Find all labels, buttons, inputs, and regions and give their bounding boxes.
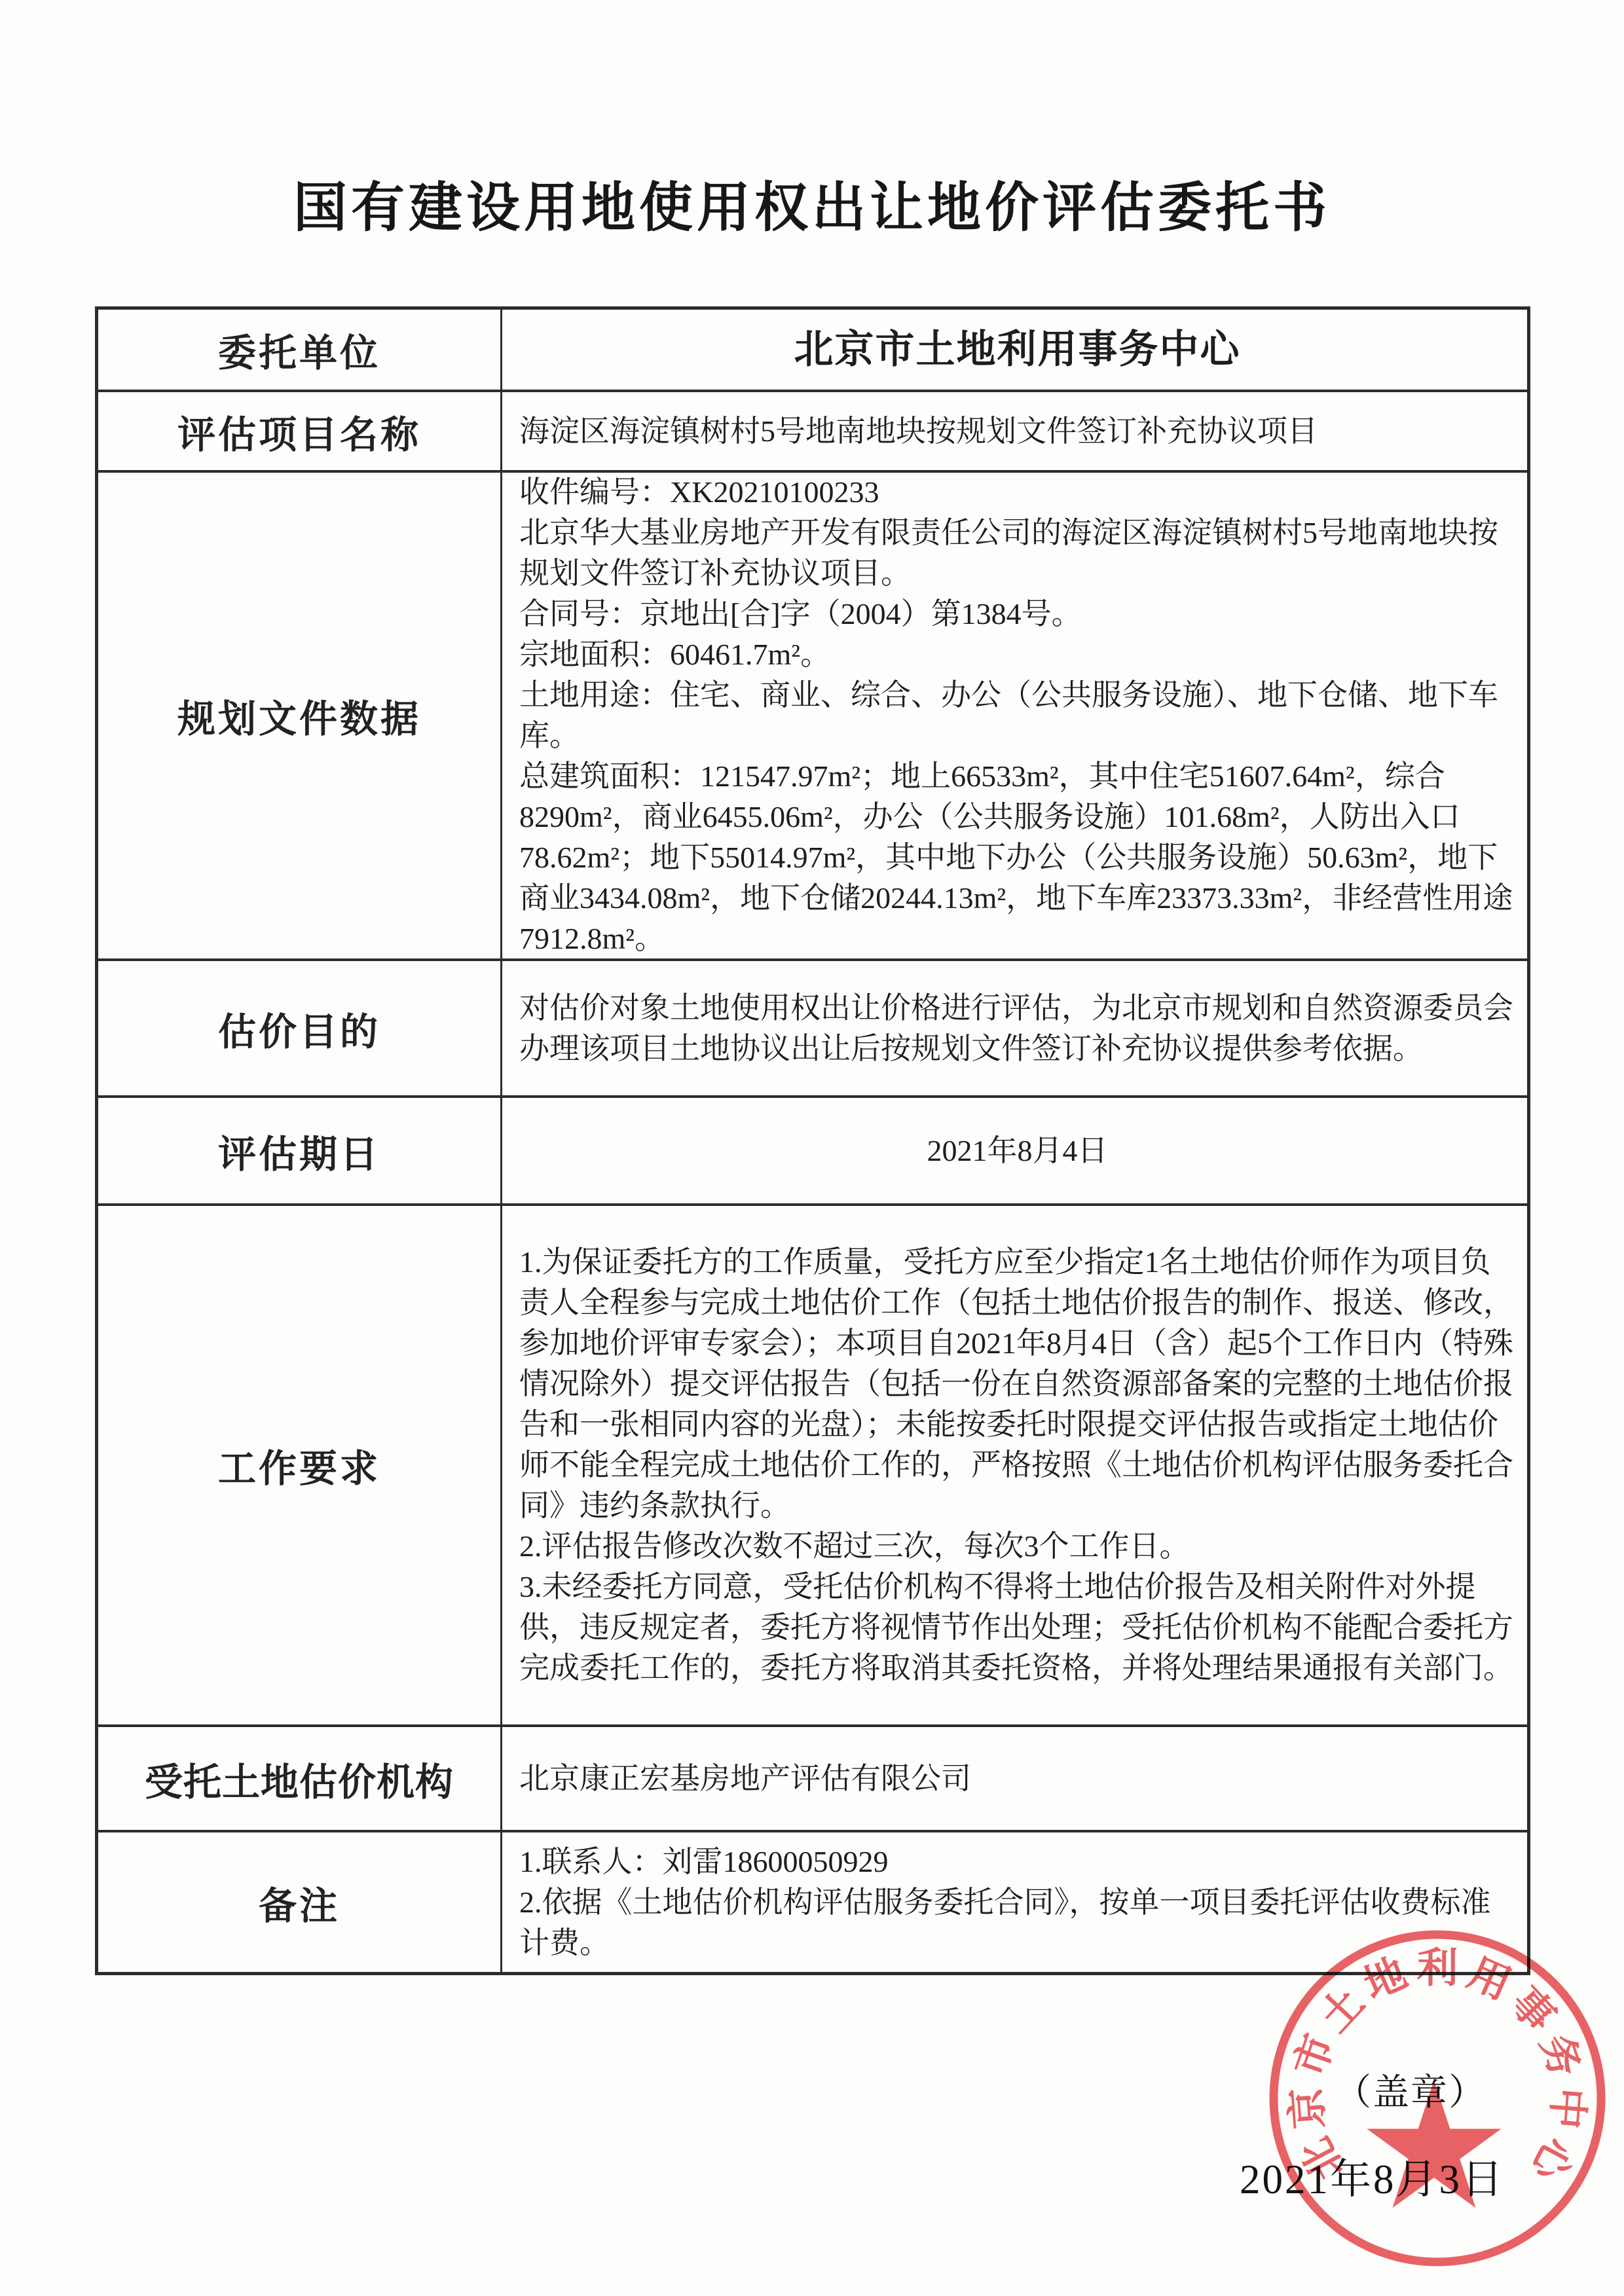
row-content: 收件编号：XK20210100233 北京华大基业房地产开发有限责任公司的海淀区… [502, 473, 1527, 958]
row-label: 估价目的 [98, 961, 502, 1095]
row-content: 1.为保证委托方的工作质量，受托方应至少指定1名土地估价师作为项目负责人全程参与… [502, 1206, 1527, 1724]
svg-text:务: 务 [1532, 2028, 1589, 2083]
row-label: 委托单位 [98, 310, 502, 390]
row-content: 北京康正宏基房地产评估有限公司 [502, 1727, 1527, 1830]
svg-text:地: 地 [1357, 1950, 1414, 2008]
official-seal-stamp-icon: 北京市土地利用事务中心 [1261, 1928, 1617, 2285]
row-content: 海淀区海淀镇树村5号地南地块按规划文件签订补充协议项目 [502, 392, 1527, 470]
row-content: 北京市土地利用事务中心 [502, 310, 1527, 390]
table-row: 估价目的 对估价对象土地使用权出让价格进行评估，为北京市规划和自然资源委员会办理… [98, 958, 1527, 1095]
table-row: 受托土地估价机构 北京康正宏基房地产评估有限公司 [98, 1724, 1527, 1830]
row-content: 对估价对象土地使用权出让价格进行评估，为北京市规划和自然资源委员会办理该项目土地… [502, 961, 1527, 1095]
svg-text:利: 利 [1417, 1945, 1458, 1991]
row-label: 受托土地估价机构 [98, 1727, 502, 1830]
row-label: 评估期日 [98, 1098, 502, 1203]
table-row: 委托单位 北京市土地利用事务中心 [98, 310, 1527, 390]
svg-text:用: 用 [1462, 1950, 1518, 2008]
seal-star-icon [1367, 2080, 1501, 2208]
svg-text:京: 京 [1283, 2086, 1333, 2130]
table-row: 评估期日 2021年8月4日 [98, 1095, 1527, 1203]
row-content: 2021年8月4日 [502, 1098, 1527, 1203]
svg-text:中: 中 [1543, 2086, 1592, 2130]
svg-text:市: 市 [1286, 2028, 1343, 2083]
row-label: 规划文件数据 [98, 473, 502, 958]
table-row: 工作要求 1.为保证委托方的工作质量，受托方应至少指定1名土地估价师作为项目负责… [98, 1203, 1527, 1724]
svg-text:北: 北 [1293, 2130, 1352, 2188]
row-label: 评估项目名称 [98, 392, 502, 470]
row-label: 工作要求 [98, 1206, 502, 1724]
svg-text:心: 心 [1522, 2130, 1582, 2189]
document-page: 国有建设用地使用权出让地价评估委托书 委托单位 北京市土地利用事务中心 评估项目… [0, 0, 1624, 2296]
page-title: 国有建设用地使用权出让地价评估委托书 [0, 165, 1624, 242]
table-row: 规划文件数据 收件编号：XK20210100233 北京华大基业房地产开发有限责… [98, 470, 1527, 958]
table-row: 评估项目名称 海淀区海淀镇树村5号地南地块按规划文件签订补充协议项目 [98, 390, 1527, 470]
row-label: 备注 [98, 1832, 502, 1972]
commission-table: 委托单位 北京市土地利用事务中心 评估项目名称 海淀区海淀镇树村5号地南地块按规… [95, 306, 1530, 1975]
